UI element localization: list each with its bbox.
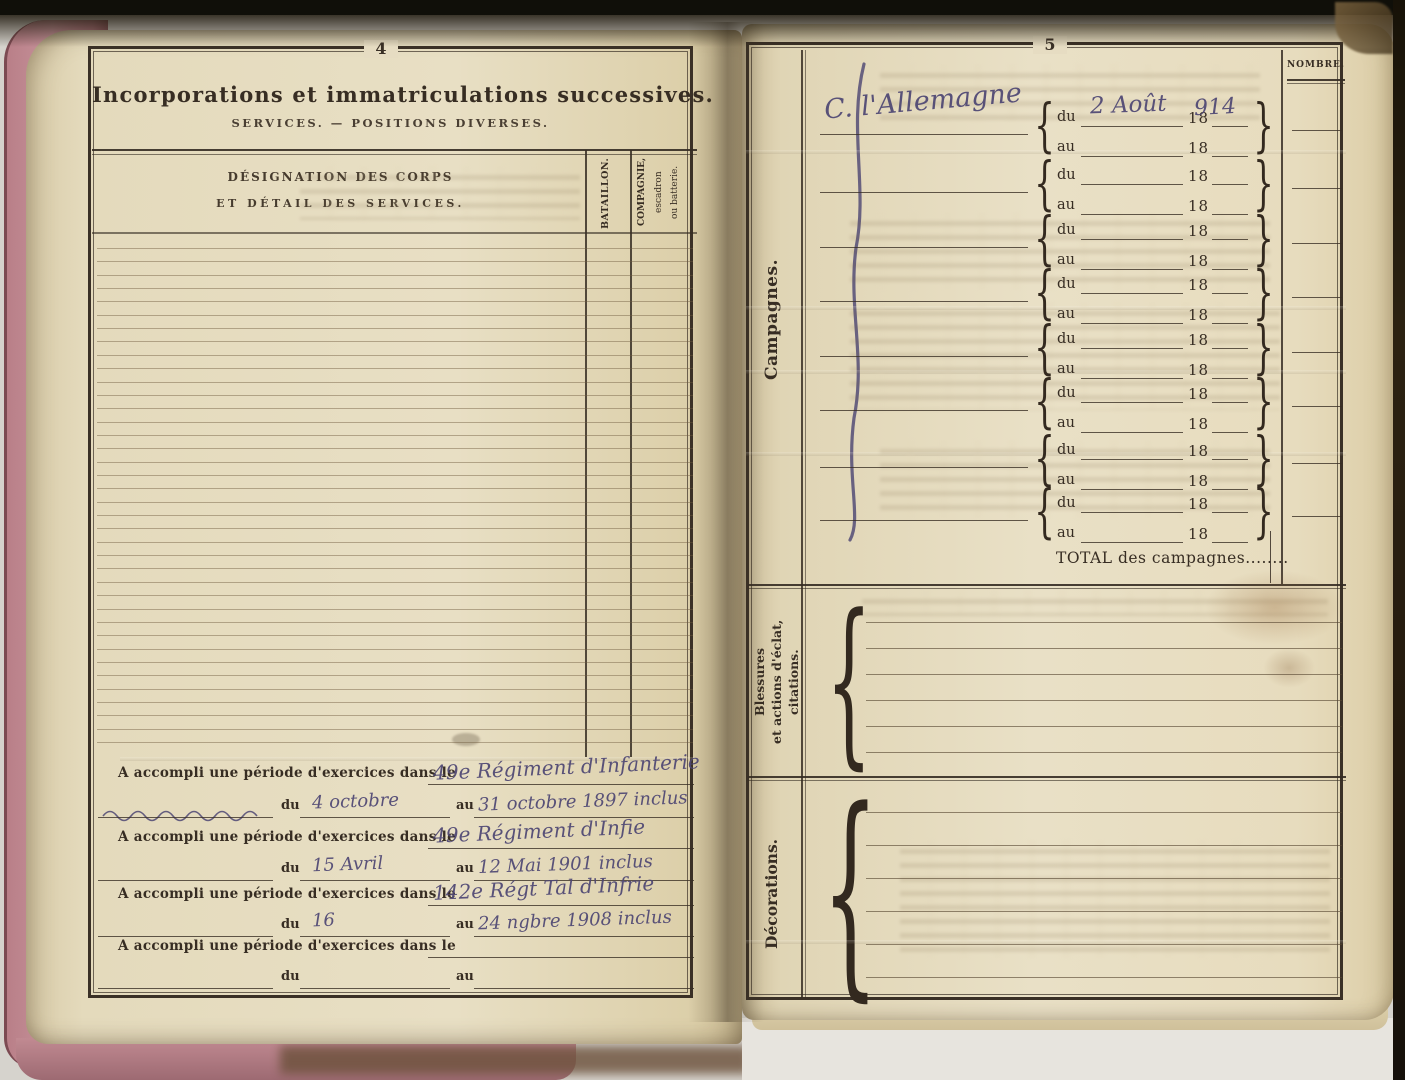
decorations-line bbox=[866, 878, 1342, 879]
au-label: au bbox=[1057, 306, 1075, 322]
campaign-name-line bbox=[820, 134, 1028, 135]
ruled-line bbox=[97, 702, 693, 703]
scan-right-dark-edge bbox=[1393, 0, 1405, 1080]
year-prefix: 18 bbox=[1188, 415, 1209, 433]
exercise-corps-line bbox=[428, 784, 694, 785]
year-prefix: 18 bbox=[1188, 495, 1209, 513]
paper-stain bbox=[452, 733, 480, 746]
table-vline-compagnie bbox=[630, 150, 632, 757]
du-label: du bbox=[1057, 222, 1076, 238]
ruled-line bbox=[97, 248, 693, 249]
du-label: du bbox=[1057, 331, 1076, 347]
decorations-line bbox=[866, 845, 1342, 846]
campaign-du-year-line bbox=[1212, 512, 1248, 513]
year-prefix: 18 bbox=[1188, 167, 1209, 185]
campaign-name-line bbox=[820, 301, 1028, 302]
ruled-line bbox=[97, 649, 693, 650]
ruled-line bbox=[97, 729, 693, 730]
exercise-left-line bbox=[98, 817, 273, 818]
campaign-name-line bbox=[820, 410, 1028, 411]
exercise-corps-line bbox=[428, 848, 694, 849]
year-prefix: 18 bbox=[1188, 139, 1209, 157]
campaign-du-year-line bbox=[1212, 402, 1248, 403]
campaign-au-line bbox=[1081, 323, 1183, 324]
nombre-entry-line bbox=[1292, 352, 1342, 353]
ruled-line bbox=[97, 328, 693, 329]
exercise-left-line bbox=[98, 936, 273, 937]
ruled-line bbox=[97, 261, 693, 262]
au-label: au bbox=[456, 798, 474, 813]
cover-bottom-shadow bbox=[280, 1046, 750, 1074]
ruled-line bbox=[97, 462, 693, 463]
campaign-du-line bbox=[1081, 126, 1183, 127]
du-label: du bbox=[281, 798, 300, 813]
ruled-line bbox=[97, 368, 693, 369]
section-label-campagnes: Campagnes. bbox=[762, 70, 782, 570]
exercise-du-line bbox=[300, 988, 450, 989]
au-label: au bbox=[1057, 472, 1075, 488]
ruled-line bbox=[97, 675, 693, 676]
au-label: au bbox=[1057, 415, 1075, 431]
brace-open-icon: { bbox=[1034, 373, 1055, 431]
du-label: du bbox=[281, 969, 300, 984]
campaign-du-line bbox=[1081, 459, 1183, 460]
brace-open-icon: { bbox=[1034, 155, 1055, 213]
nombre-entry-line bbox=[1292, 406, 1342, 407]
du-label: du bbox=[281, 861, 300, 876]
campaign-du-year-line bbox=[1212, 459, 1248, 460]
campaign-du-year-line bbox=[1212, 239, 1248, 240]
campaign-name-line bbox=[820, 192, 1028, 193]
section-label-blessures-line3: citations. bbox=[786, 592, 801, 772]
exercise-du-line bbox=[300, 936, 450, 937]
ruled-line bbox=[97, 502, 693, 503]
section-label-blessures-line1: Blessures bbox=[752, 592, 767, 772]
page-left-subtitle: SERVICES. — POSITIONS DIVERSES. bbox=[92, 116, 689, 130]
year-prefix: 18 bbox=[1188, 252, 1209, 270]
nombre-entry-line bbox=[1292, 243, 1342, 244]
ruled-line bbox=[97, 288, 693, 289]
ruled-line bbox=[97, 555, 693, 556]
exercise-statement-label: A accompli une période d'exercices dans … bbox=[118, 938, 456, 954]
campaign-du-handwriting: 2 Août bbox=[1090, 91, 1167, 120]
nombre-entry-line bbox=[1292, 130, 1342, 131]
au-label: au bbox=[456, 861, 474, 876]
total-campagnes-label: TOTAL des campagnes........ bbox=[1056, 549, 1289, 567]
nombre-entry-line bbox=[1292, 463, 1342, 464]
campaign-au-year-line bbox=[1212, 378, 1248, 379]
decorations-line bbox=[866, 911, 1342, 912]
campaign-du-year-line bbox=[1212, 126, 1248, 127]
compagnie-column-header-line2: escadron bbox=[654, 153, 664, 231]
ruled-line bbox=[97, 315, 693, 316]
brace-close-icon: } bbox=[1253, 97, 1274, 155]
campaign-au-year-line bbox=[1212, 214, 1248, 215]
du-label: du bbox=[281, 917, 300, 932]
campaign-du-year-line bbox=[1212, 184, 1248, 185]
ruled-line bbox=[97, 435, 693, 436]
nombre-entry-line bbox=[1292, 188, 1342, 189]
campaign-au-line bbox=[1081, 378, 1183, 379]
ruled-line bbox=[97, 408, 693, 409]
nombre-entry-line bbox=[1292, 516, 1342, 517]
compagnie-column-header-line3: ou batterie. bbox=[670, 153, 680, 231]
ruled-line bbox=[97, 742, 693, 743]
decorations-line bbox=[866, 944, 1342, 945]
campaign-name-line bbox=[820, 520, 1028, 521]
decorations-brace-icon: { bbox=[822, 788, 879, 996]
exercise-corps-line bbox=[428, 957, 694, 958]
campaign-au-year-line bbox=[1212, 323, 1248, 324]
campaign-au-line bbox=[1081, 156, 1183, 157]
exercise-du-handwriting: 4 octobre bbox=[312, 789, 400, 813]
ruled-line bbox=[97, 609, 693, 610]
campaign-au-year-line bbox=[1212, 542, 1248, 543]
exercise-statement-label: A accompli une période d'exercices dans … bbox=[118, 829, 456, 845]
table-header-top-rule bbox=[92, 149, 697, 151]
section-label-decorations: Décorations. bbox=[762, 784, 781, 1004]
decorations-line bbox=[866, 977, 1342, 978]
campaign-du-line bbox=[1081, 184, 1183, 185]
brace-open-icon: { bbox=[1034, 264, 1055, 322]
campaign-au-line bbox=[1081, 269, 1183, 270]
campaign-du-year-line bbox=[1212, 348, 1248, 349]
brace-close-icon: } bbox=[1253, 155, 1274, 213]
nombre-column-header: NOMBRE. bbox=[1284, 60, 1348, 70]
ruled-line bbox=[97, 595, 693, 596]
year-prefix: 18 bbox=[1188, 442, 1209, 460]
du-label: du bbox=[1057, 109, 1076, 125]
nombre-entry-line bbox=[1292, 297, 1342, 298]
year-prefix: 18 bbox=[1188, 276, 1209, 294]
exercise-du-handwriting: 15 Avril bbox=[312, 853, 384, 876]
au-label: au bbox=[456, 917, 474, 932]
ruled-line bbox=[97, 635, 693, 636]
ruled-line bbox=[97, 542, 693, 543]
au-label: au bbox=[1057, 361, 1075, 377]
au-label: au bbox=[456, 969, 474, 984]
blessures-line bbox=[866, 700, 1342, 701]
campaign-name-line bbox=[820, 356, 1028, 357]
campaign-du-line bbox=[1081, 293, 1183, 294]
brace-close-icon: } bbox=[1253, 373, 1274, 431]
campaign-du-line bbox=[1081, 348, 1183, 349]
du-label: du bbox=[1057, 442, 1076, 458]
label-column-vline bbox=[801, 50, 803, 998]
exercise-du-line bbox=[300, 817, 450, 818]
ruled-line bbox=[97, 301, 693, 302]
page-right-number: 5 bbox=[1033, 36, 1067, 54]
exercise-statement-label: A accompli une période d'exercices dans … bbox=[118, 886, 456, 902]
blessures-line bbox=[866, 752, 1342, 753]
table-vline-bataillon bbox=[585, 150, 587, 757]
campaign-au-line bbox=[1081, 489, 1183, 490]
exercise-au-line bbox=[474, 936, 694, 937]
year-prefix: 18 bbox=[1188, 361, 1209, 379]
exercise-corps-line bbox=[428, 905, 694, 906]
ruled-line bbox=[97, 582, 693, 583]
ruled-line bbox=[97, 515, 693, 516]
campaign-du-year-line bbox=[1212, 293, 1248, 294]
campaign-name-line bbox=[820, 247, 1028, 248]
ruled-line bbox=[97, 488, 693, 489]
year-prefix: 18 bbox=[1188, 472, 1209, 490]
exercise-du-line bbox=[300, 880, 450, 881]
year-prefix: 18 bbox=[1188, 525, 1209, 543]
ruled-line bbox=[97, 395, 693, 396]
table-header-bottom-rule bbox=[92, 232, 697, 234]
ruled-line bbox=[97, 528, 693, 529]
ruled-line bbox=[97, 568, 693, 569]
handwriting-squiggle bbox=[100, 808, 270, 822]
campaign-au-year-line bbox=[1212, 269, 1248, 270]
campaign-du-line bbox=[1081, 402, 1183, 403]
year-prefix: 18 bbox=[1188, 331, 1209, 349]
ruled-line bbox=[97, 355, 693, 356]
exercise-left-line bbox=[98, 880, 273, 881]
brace-open-icon: { bbox=[1034, 483, 1055, 541]
du-label: du bbox=[1057, 167, 1076, 183]
campaign-au-year-line bbox=[1212, 432, 1248, 433]
ruled-line bbox=[97, 662, 693, 663]
campaign-au-line bbox=[1081, 542, 1183, 543]
campaign-au-year-line bbox=[1212, 156, 1248, 157]
year-prefix: 18 bbox=[1188, 306, 1209, 324]
scan-top-black-strip bbox=[0, 0, 1405, 15]
nombre-header-rule bbox=[1287, 79, 1345, 81]
campaign-du-line bbox=[1081, 512, 1183, 513]
year-prefix: 18 bbox=[1188, 222, 1209, 240]
ruled-line bbox=[97, 448, 693, 449]
au-label: au bbox=[1057, 252, 1075, 268]
campaign-au-year-line bbox=[1212, 489, 1248, 490]
section-label-blessures-line2: et actions d'éclat, bbox=[769, 592, 784, 772]
ruled-line bbox=[97, 622, 693, 623]
brace-close-icon: } bbox=[1253, 483, 1274, 541]
exercise-statement-label: A accompli une période d'exercices dans … bbox=[118, 765, 456, 781]
ink-bleedthrough bbox=[300, 166, 580, 220]
page-left-number: 4 bbox=[364, 40, 398, 58]
brace-close-icon: } bbox=[1253, 264, 1274, 322]
exercise-du-handwriting: 16 bbox=[312, 910, 336, 932]
du-label: du bbox=[1057, 495, 1076, 511]
ruled-line bbox=[97, 382, 693, 383]
brace-open-icon: { bbox=[1034, 97, 1055, 155]
campaign-au-line bbox=[1081, 214, 1183, 215]
au-label: au bbox=[1057, 197, 1075, 213]
exercise-left-line bbox=[98, 988, 273, 989]
blessures-line bbox=[866, 622, 1342, 623]
blessures-brace-icon: { bbox=[826, 598, 872, 766]
decorations-line bbox=[866, 812, 1342, 813]
ruled-line bbox=[97, 275, 693, 276]
ruled-line bbox=[97, 422, 693, 423]
page-left-title: Incorporations et immatriculations succe… bbox=[92, 82, 689, 107]
table-header-top-rule-thin bbox=[92, 154, 697, 155]
campaign-du-year-handwriting: 914 bbox=[1193, 94, 1236, 121]
au-label: au bbox=[1057, 525, 1075, 541]
du-label: du bbox=[1057, 385, 1076, 401]
label-column-vline-thin bbox=[805, 50, 806, 998]
paper-stain bbox=[1263, 648, 1315, 688]
campaign-du-line bbox=[1081, 239, 1183, 240]
campaign-name-line bbox=[820, 467, 1028, 468]
blessures-line bbox=[866, 674, 1342, 675]
scanned-military-booklet: 4 Incorporations et immatriculations suc… bbox=[0, 0, 1405, 1080]
blessures-line bbox=[866, 648, 1342, 649]
nombre-header-rule-thin bbox=[1287, 83, 1345, 84]
bataillon-column-header: BATAILLON. bbox=[600, 156, 611, 230]
exercise-au-line bbox=[474, 988, 694, 989]
compagnie-column-header-line1: COMPAGNIE, bbox=[637, 153, 647, 231]
campaign-au-line bbox=[1081, 432, 1183, 433]
ink-bleedthrough bbox=[900, 840, 1330, 958]
ruled-line bbox=[97, 341, 693, 342]
ruled-line bbox=[97, 689, 693, 690]
paper-stain bbox=[1205, 570, 1345, 645]
au-label: au bbox=[1057, 139, 1075, 155]
year-prefix: 18 bbox=[1188, 385, 1209, 403]
year-prefix: 18 bbox=[1188, 197, 1209, 215]
blessures-line bbox=[866, 726, 1342, 727]
nombre-column-vline bbox=[1281, 50, 1283, 584]
ruled-line bbox=[97, 715, 693, 716]
du-label: du bbox=[1057, 276, 1076, 292]
ruled-line bbox=[97, 475, 693, 476]
